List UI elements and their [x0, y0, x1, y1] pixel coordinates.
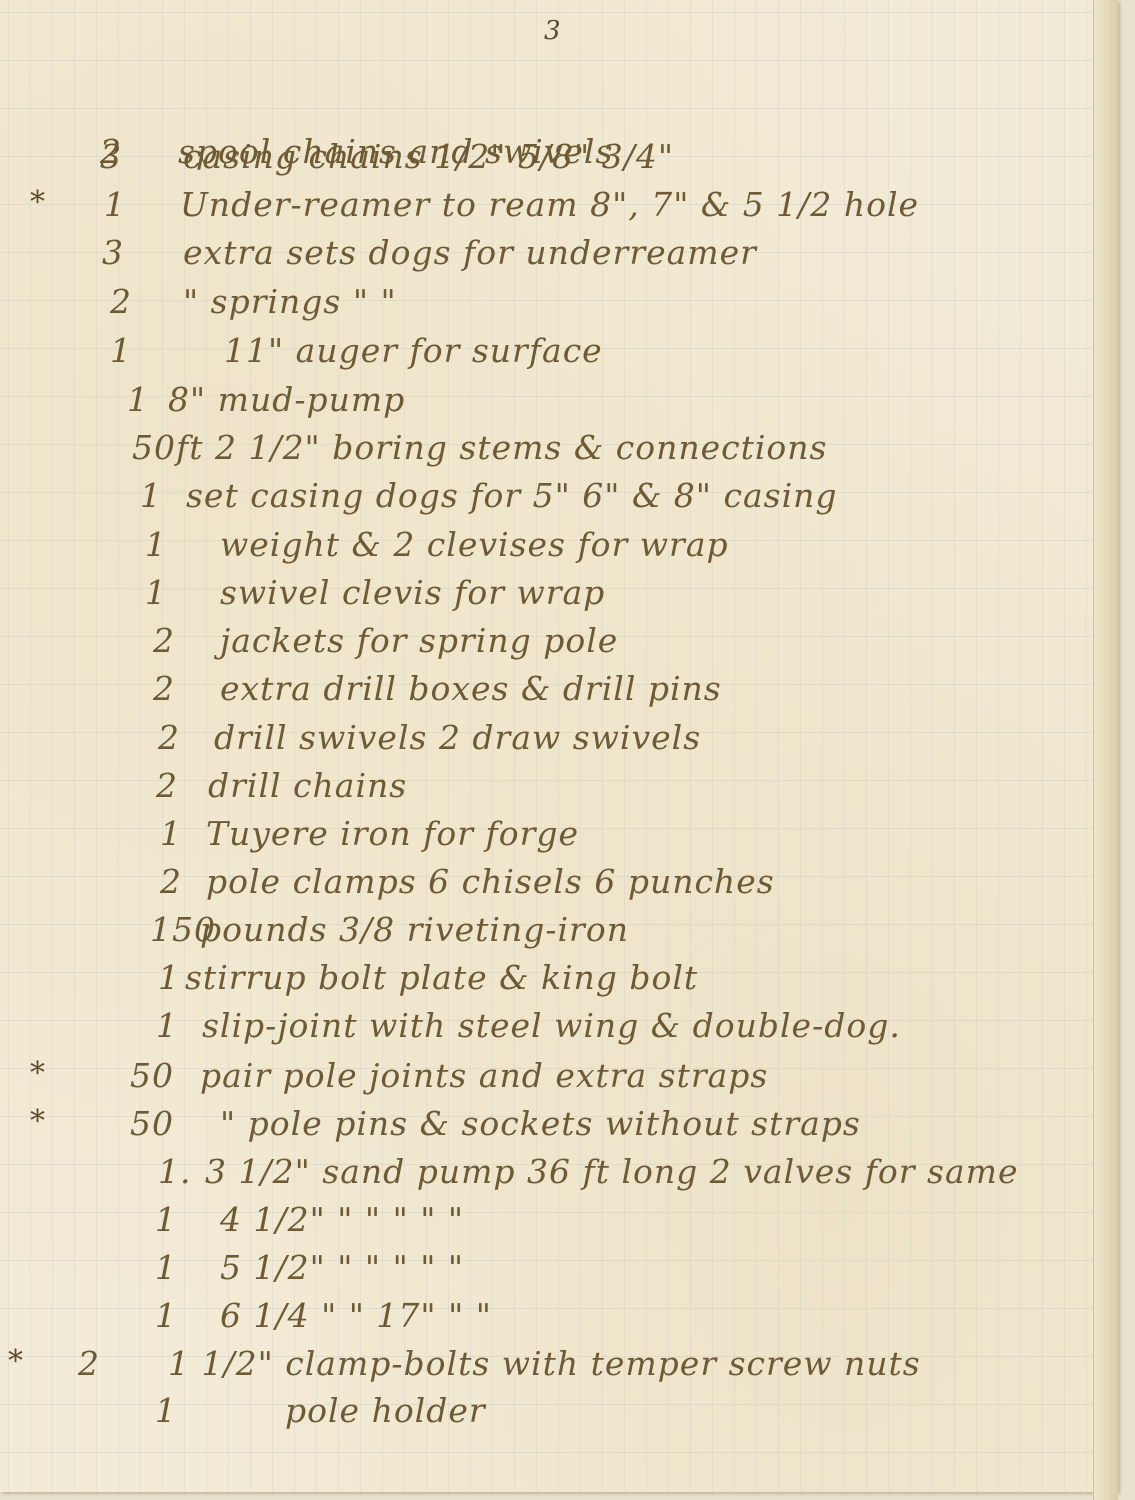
item-description: pole holder [285, 1391, 486, 1430]
asterisk-mark-icon: * [30, 1056, 46, 1091]
item-description: 8" mud-pump [168, 380, 405, 419]
item-quantity: 50 [132, 428, 176, 467]
handwritten-page: 3 2spool chains and swivels3casing chain… [0, 0, 1118, 1492]
paper-fold-edge [1093, 0, 1118, 1500]
item-description: pole clamps 6 chisels 6 punches [206, 862, 775, 901]
item-quantity: 1 [155, 1248, 177, 1287]
item-description: drill chains [208, 766, 407, 805]
item-quantity: 1 [155, 1296, 177, 1335]
item-description: pair pole joints and extra straps [200, 1056, 768, 1095]
item-description: pounds 3/8 riveting-iron [200, 910, 629, 949]
item-description: ft 2 1/2" boring stems & connections [176, 428, 827, 467]
item-description: swivel clevis for wrap [220, 573, 605, 612]
item-description: set casing dogs for 5" 6" & 8" casing [186, 476, 838, 515]
item-description: stirrup bolt plate & king bolt [185, 958, 698, 997]
page-number: 3 [544, 16, 561, 46]
item-quantity: 1 [145, 573, 167, 612]
item-description: 1 1/2" clamp-bolts with temper screw nut… [168, 1344, 921, 1383]
item-description: extra drill boxes & drill pins [220, 669, 722, 708]
item-quantity: 2 [153, 669, 175, 708]
item-quantity: 1 [110, 331, 132, 370]
item-quantity: 1 [155, 1391, 177, 1430]
item-description: " springs " " [183, 282, 397, 321]
item-description: casing chains 1/2" 5/8" 3/4" [183, 137, 674, 176]
item-description: 6 1/4 " " 17" " " [220, 1296, 492, 1335]
item-quantity: 1 [104, 185, 126, 224]
asterisk-mark-icon: * [8, 1344, 24, 1379]
item-description: 3 1/2" sand pump 36 ft long 2 valves for… [205, 1152, 1019, 1191]
asterisk-mark-icon: * [30, 185, 46, 220]
item-description: 11" auger for surface [224, 331, 603, 370]
item-quantity: 1 [127, 380, 149, 419]
item-description: drill swivels 2 draw swivels [214, 718, 701, 757]
item-quantity: 3 [102, 233, 124, 272]
item-description: jackets for spring pole [220, 621, 618, 660]
item-description: 5 1/2" " " " " " [220, 1248, 464, 1287]
item-quantity: 2 [156, 766, 178, 805]
item-description: 4 1/2" " " " " " [220, 1200, 464, 1239]
item-description: Under-reamer to ream 8", 7" & 5 1/2 hole [180, 185, 919, 224]
item-quantity: 1. [158, 1152, 192, 1191]
item-description: weight & 2 clevises for wrap [220, 525, 729, 564]
item-description: Tuyere iron for forge [206, 814, 579, 853]
item-quantity: 1 [156, 1006, 178, 1045]
item-quantity: 1 [160, 814, 182, 853]
item-description: extra sets dogs for underreamer [183, 233, 757, 272]
item-quantity: 1 [140, 476, 162, 515]
item-description: slip-joint with steel wing & double-dog. [202, 1006, 901, 1045]
asterisk-mark-icon: * [30, 1104, 46, 1139]
item-quantity: 1 [155, 1200, 177, 1239]
item-quantity: 1 [145, 525, 167, 564]
item-quantity: 1 [158, 958, 180, 997]
item-quantity: 2 [153, 621, 175, 660]
item-quantity: 3 [100, 137, 122, 176]
item-quantity: 2 [160, 862, 182, 901]
item-quantity: 2 [78, 1344, 100, 1383]
item-quantity: 2 [110, 282, 132, 321]
item-description: " pole pins & sockets without straps [220, 1104, 861, 1143]
item-quantity: 2 [158, 718, 180, 757]
item-quantity: 50 [130, 1056, 174, 1095]
item-quantity: 50 [130, 1104, 174, 1143]
